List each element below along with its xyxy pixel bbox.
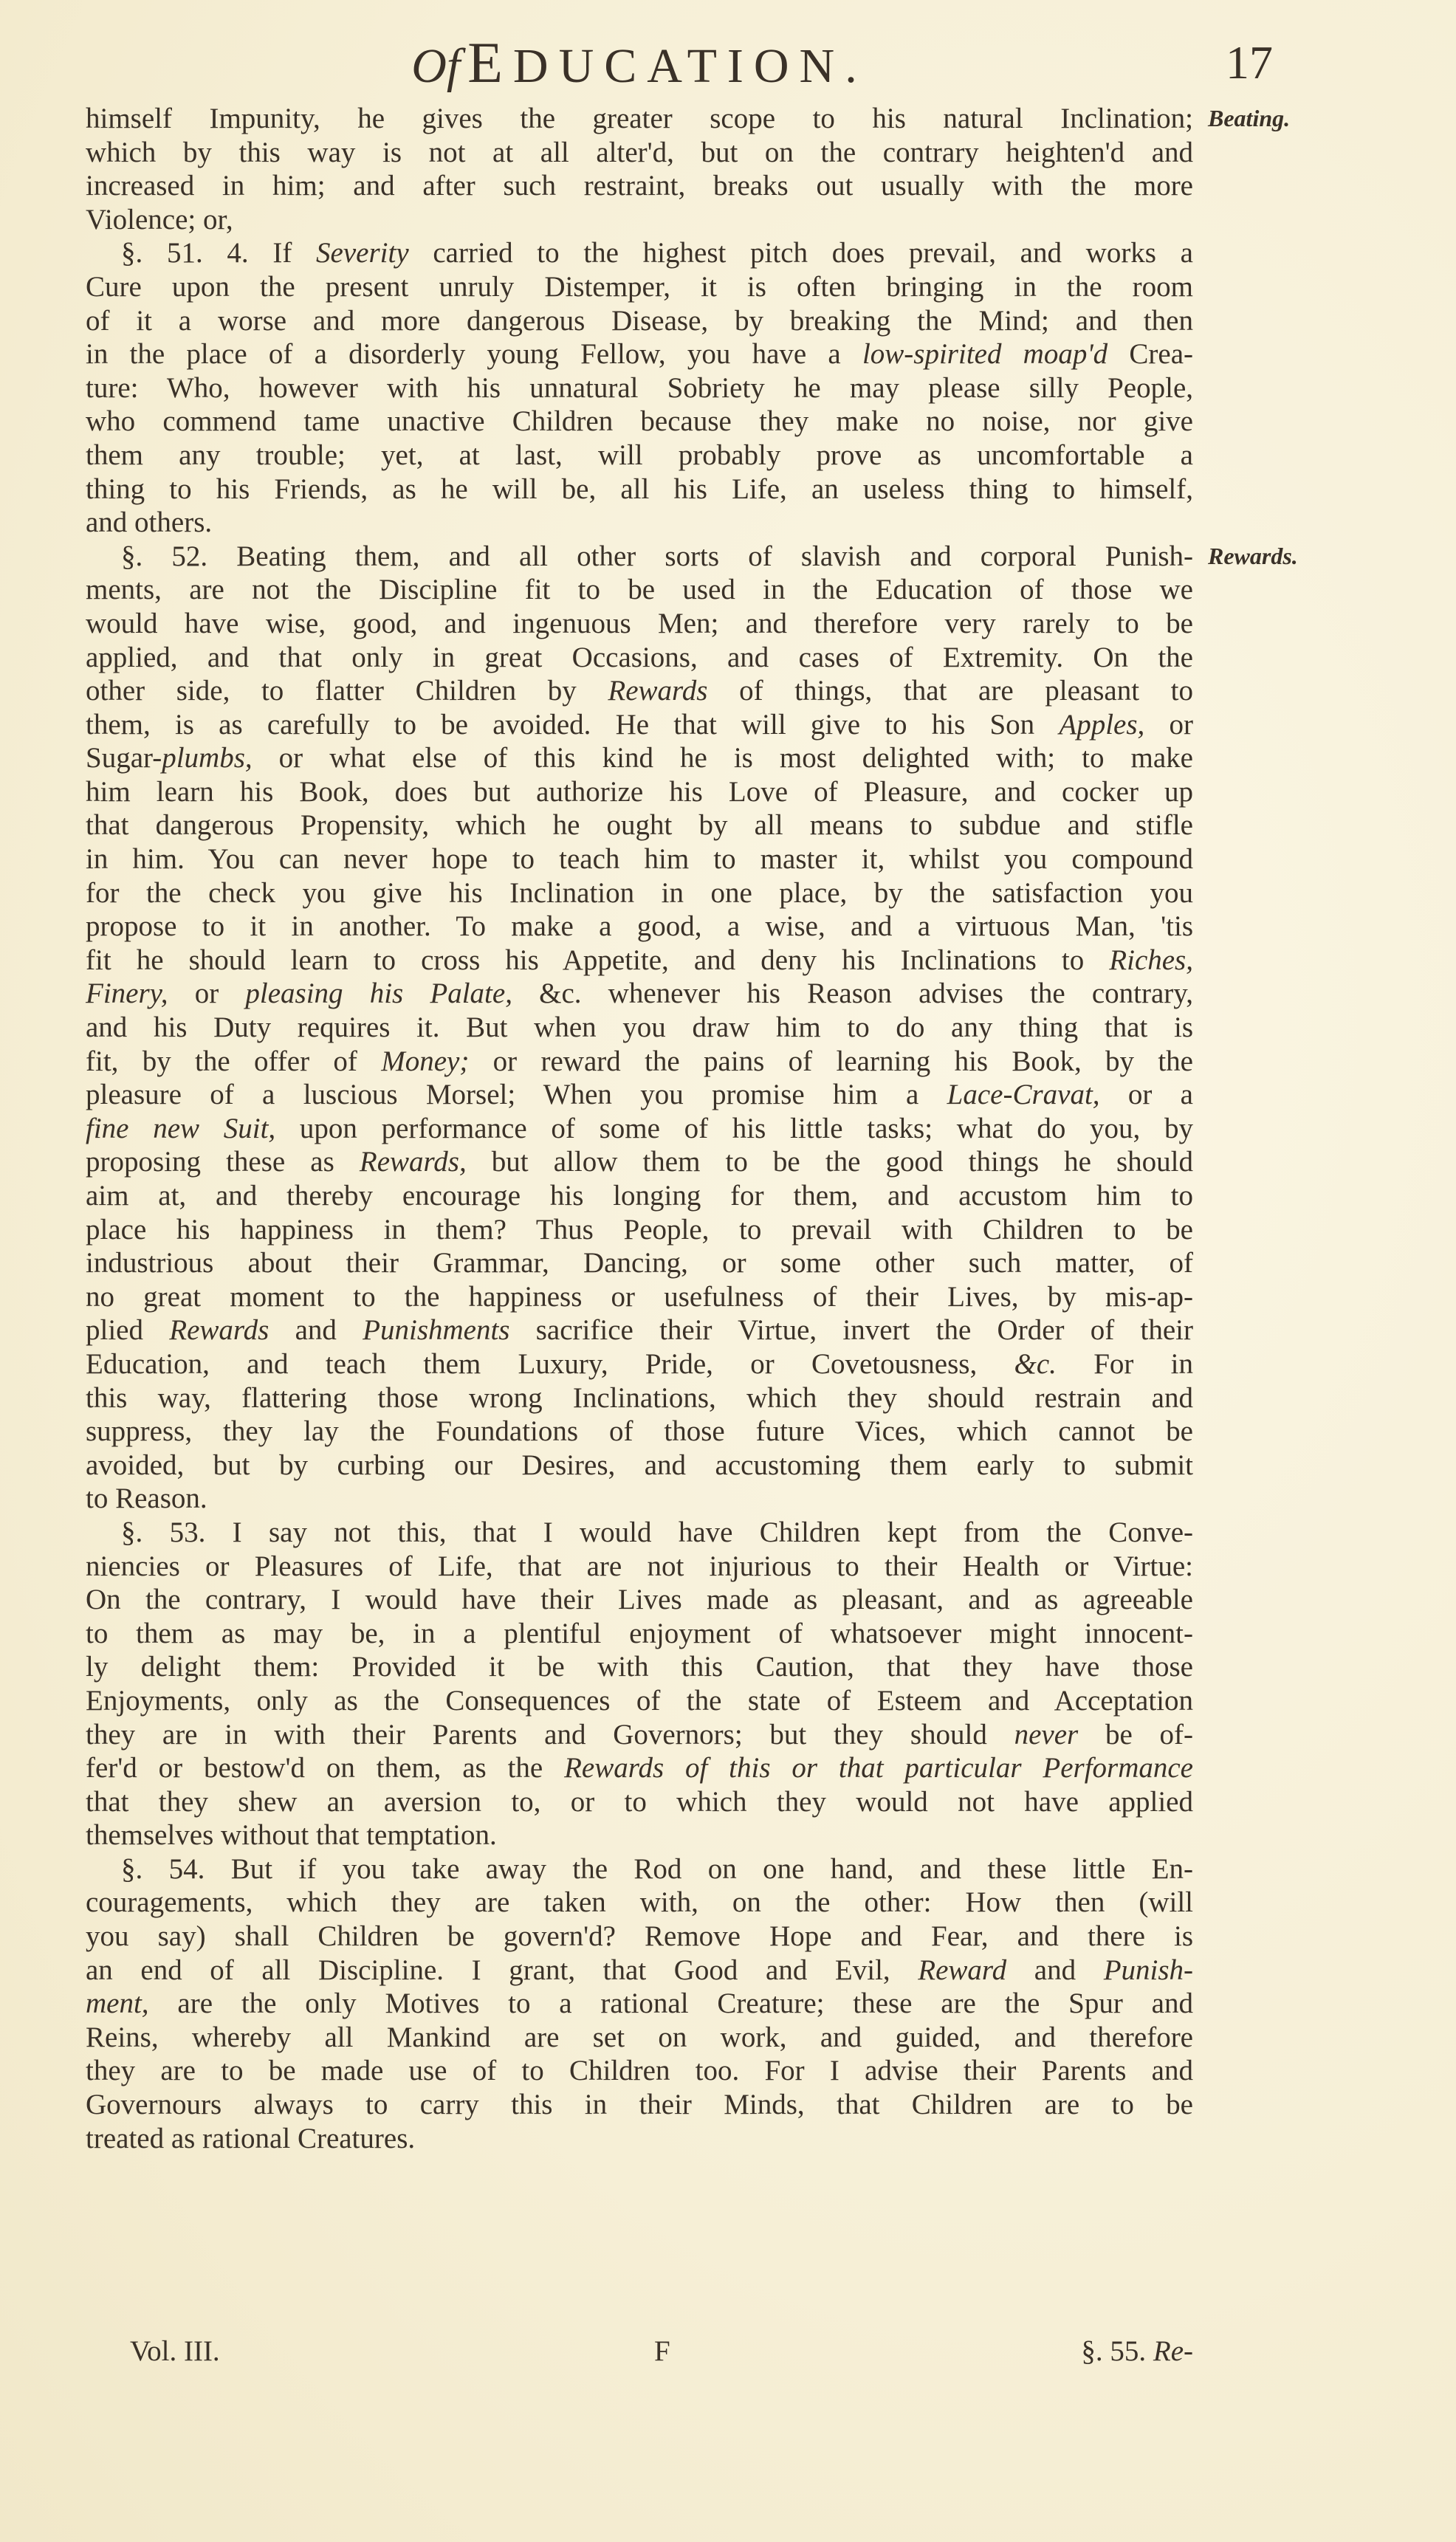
italic-run: Punishments xyxy=(363,1314,509,1346)
italic-run: Severity xyxy=(316,237,409,269)
text-line: propose to it in another. To make a good… xyxy=(86,910,1193,944)
text-line: increased in him; and after such restrai… xyxy=(86,169,1193,203)
text-line: to them as may be, in a plentiful enjoym… xyxy=(86,1617,1193,1651)
text-run: that they shew an aversion to, or to whi… xyxy=(86,1786,1193,1818)
catchword: §. 55. Re- xyxy=(1081,2333,1193,2370)
italic-run: Riches, xyxy=(1109,944,1193,976)
italic-run: Rewards, xyxy=(360,1146,467,1178)
text-line: no great moment to the happiness or usef… xyxy=(86,1280,1193,1314)
text-line: §. 53. I say not this, that I would have… xyxy=(86,1516,1193,1550)
italic-run: &c. xyxy=(1014,1348,1057,1380)
text-run: fit he should learn to cross his Appetit… xyxy=(86,944,1109,976)
text-run: fit, by the offer of xyxy=(86,1045,381,1077)
italic-run: Rewards xyxy=(169,1314,269,1346)
text-line: pleasure of a luscious Morsel; When you … xyxy=(86,1078,1193,1112)
running-title-rest: DUCATION. xyxy=(513,39,868,93)
text-line: that they shew an aversion to, or to whi… xyxy=(86,1785,1193,1819)
text-line: that dangerous Propensity, which he ough… xyxy=(86,808,1193,842)
text-line: Reins, whereby all Mankind are set on wo… xyxy=(86,2021,1193,2055)
text-run: Reins, whereby all Mankind are set on wo… xyxy=(86,2021,1193,2053)
text-line: On the contrary, I would have their Live… xyxy=(86,1583,1193,1617)
text-run: Cure upon the present unruly Distemper, … xyxy=(86,271,1193,303)
text-line: Finery, or pleasing his Palate, &c. when… xyxy=(86,977,1193,1011)
text-run: for the check you give his Inclination i… xyxy=(86,877,1193,909)
italic-run: Rewards of this or that particular Perfo… xyxy=(564,1752,1193,1784)
text-line: Education, and teach them Luxury, Pride,… xyxy=(86,1347,1193,1381)
text-run: For in xyxy=(1057,1348,1193,1380)
volume-label: Vol. III. xyxy=(130,2333,220,2370)
text-line: for the check you give his Inclination i… xyxy=(86,876,1193,910)
text-line: they are in with their Parents and Gover… xyxy=(86,1718,1193,1752)
text-run: them, is as carefully to be avoided. He … xyxy=(86,709,1059,741)
text-run: Enjoyments, only as the Consequences of … xyxy=(86,1685,1193,1717)
text-run: they are in with their Parents and Gover… xyxy=(86,1719,1014,1751)
text-run: would have wise, good, and ingenuous Men… xyxy=(86,608,1193,639)
text-line: ture: Who, however with his unnatural So… xyxy=(86,371,1193,405)
text-line: thing to his Friends, as he will be, all… xyxy=(86,473,1193,506)
text-run: carried to the highest pitch does prevai… xyxy=(409,237,1193,269)
text-line: applied, and that only in great Occasion… xyxy=(86,641,1193,675)
text-run: Violence; or, xyxy=(86,204,233,236)
text-run: upon performance of some of his little t… xyxy=(275,1113,1193,1144)
text-run: niencies or Pleasures of Life, that are … xyxy=(86,1550,1193,1582)
text-run: §. 52. Beating them, and all other sorts… xyxy=(121,540,1193,572)
italic-run: ment, xyxy=(86,1988,149,2019)
text-run: who commend tame unactive Children becau… xyxy=(86,405,1193,437)
text-run: sacrifice their Virtue, invert the Order… xyxy=(509,1314,1193,1346)
text-line: place his happiness in them? Thus People… xyxy=(86,1213,1193,1247)
text-run: thing to his Friends, as he will be, all… xyxy=(86,473,1193,505)
text-line: in him. You can never hope to teach him … xyxy=(86,842,1193,876)
text-line: suppress, they lay the Foundations of th… xyxy=(86,1415,1193,1449)
italic-run: Reward xyxy=(918,1954,1006,1986)
text-line: couragements, which they are taken with,… xyxy=(86,1886,1193,1920)
text-run: an end of all Discipline. I grant, that … xyxy=(86,1954,918,1986)
text-line: §. 52. Beating them, and all other sorts… xyxy=(86,540,1193,574)
text-line: of it a worse and more dangerous Disease… xyxy=(86,304,1193,338)
text-run: of it a worse and more dangerous Disease… xyxy=(86,305,1193,337)
text-line: niencies or Pleasures of Life, that are … xyxy=(86,1550,1193,1584)
text-run: no great moment to the happiness or usef… xyxy=(86,1281,1193,1313)
catchword-word: Re- xyxy=(1153,2335,1193,2367)
text-run: ly delight them: Provided it be with thi… xyxy=(86,1651,1193,1683)
text-line: they are to be made use of to Children t… xyxy=(86,2054,1193,2088)
text-run: which by this way is not at all alter'd,… xyxy=(86,137,1193,168)
text-line: ment, are the only Motives to a rational… xyxy=(86,1987,1193,2021)
text-run: proposing these as xyxy=(86,1146,360,1178)
text-run: pleasure of a luscious Morsel; When you … xyxy=(86,1079,947,1110)
text-line: Sugar-plumbs, or what else of this kind … xyxy=(86,741,1193,775)
italic-run: Punish- xyxy=(1104,1954,1193,1986)
text-line: §. 54. But if you take away the Rod on o… xyxy=(86,1852,1193,1886)
text-line: Violence; or, xyxy=(86,203,1193,237)
text-run: and others. xyxy=(86,506,212,538)
text-run: himself Impunity, he gives the greater s… xyxy=(86,103,1193,134)
text-run: couragements, which they are taken with,… xyxy=(86,1886,1193,1918)
italic-run: Lace-Cravat, xyxy=(947,1079,1100,1110)
text-run: themselves without that temptation. xyxy=(86,1819,497,1851)
text-run: him learn his Book, does but authorize h… xyxy=(86,776,1193,808)
text-line: ments, are not the Discipline fit to be … xyxy=(86,573,1193,607)
text-run: On the contrary, I would have their Live… xyxy=(86,1584,1193,1615)
text-run: §. 54. But if you take away the Rod on o… xyxy=(121,1853,1193,1885)
text-line: Cure upon the present unruly Distemper, … xyxy=(86,270,1193,304)
running-title: OfEDUCATION. xyxy=(86,30,1193,100)
text-line: ly delight them: Provided it be with thi… xyxy=(86,1650,1193,1684)
text-line: proposing these as Rewards, but allow th… xyxy=(86,1145,1193,1179)
text-line: fine new Suit, upon performance of some … xyxy=(86,1112,1193,1146)
text-line: Governours always to carry this in their… xyxy=(86,2088,1193,2122)
catchword-section: §. 55. xyxy=(1081,2335,1146,2367)
text-line: other side, to flatter Children by Rewar… xyxy=(86,674,1193,708)
text-line: himself Impunity, he gives the greater s… xyxy=(86,102,1193,136)
text-line: treated as rational Creatures. xyxy=(86,2122,1193,2156)
text-run: Sugar- xyxy=(86,742,162,774)
text-run: &c. whenever his Reason advises the cont… xyxy=(512,978,1193,1009)
text-run: or xyxy=(168,978,246,1009)
italic-run: Rewards xyxy=(608,675,707,707)
italic-run: Finery, xyxy=(86,978,168,1009)
margin-note: Rewards. xyxy=(1208,540,1298,574)
signature-mark: F xyxy=(654,2333,670,2370)
text-run: suppress, they lay the Foundations of th… xyxy=(86,1415,1193,1447)
text-run: they are to be made use of to Children t… xyxy=(86,2055,1193,2086)
text-run: to Reason. xyxy=(86,1483,207,1514)
text-line: themselves without that temptation. xyxy=(86,1818,1193,1852)
text-run: ments, are not the Discipline fit to be … xyxy=(86,574,1193,605)
text-run: this way, flattering those wrong Inclina… xyxy=(86,1382,1193,1414)
text-run: treated as rational Creatures. xyxy=(86,2123,415,2154)
text-line: aim at, and thereby encourage his longin… xyxy=(86,1179,1193,1213)
running-title-initial: E xyxy=(467,30,513,95)
text-line: fer'd or bestow'd on them, as the Reward… xyxy=(86,1751,1193,1785)
text-run: and xyxy=(1006,1954,1104,1986)
text-run: or xyxy=(1144,709,1193,741)
text-run: or a xyxy=(1100,1079,1193,1110)
italic-run: Apples, xyxy=(1059,709,1144,741)
text-run: that dangerous Propensity, which he ough… xyxy=(86,809,1193,841)
text-line: to Reason. xyxy=(86,1482,1193,1516)
text-run: plied xyxy=(86,1314,169,1346)
text-line: fit he should learn to cross his Appetit… xyxy=(86,944,1193,978)
text-line: them any trouble; yet, at last, will pro… xyxy=(86,439,1193,473)
text-run: in him. You can never hope to teach him … xyxy=(86,843,1193,875)
text-run: §. 53. I say not this, that I would have… xyxy=(121,1516,1193,1548)
text-run: aim at, and thereby encourage his longin… xyxy=(86,1180,1193,1212)
text-line: would have wise, good, and ingenuous Men… xyxy=(86,607,1193,641)
text-run: avoided, but by curbing our Desires, and… xyxy=(86,1449,1193,1481)
text-run: Education, and teach them Luxury, Pride,… xyxy=(86,1348,1014,1380)
italic-run: never xyxy=(1014,1719,1079,1751)
book-page: OfEDUCATION. 17 himself Impunity, he giv… xyxy=(0,0,1456,2542)
text-run: are the only Motives to a rational Creat… xyxy=(149,1988,1193,2019)
text-line: §. 51. 4. If Severity carried to the hig… xyxy=(86,236,1193,270)
page-header: OfEDUCATION. xyxy=(86,30,1193,96)
text-run: to them as may be, in a plentiful enjoym… xyxy=(86,1618,1193,1649)
text-line: and his Duty requires it. But when you d… xyxy=(86,1011,1193,1045)
text-line: an end of all Discipline. I grant, that … xyxy=(86,1954,1193,1988)
text-run: fer'd or bestow'd on them, as the xyxy=(86,1752,564,1784)
text-run: in the place of a disorderly young Fello… xyxy=(86,338,862,370)
text-line: who commend tame unactive Children becau… xyxy=(86,405,1193,439)
text-run: or what else of this kind he is most del… xyxy=(253,742,1193,774)
page-number: 17 xyxy=(1226,30,1273,96)
text-line: industrious about their Grammar, Dancing… xyxy=(86,1246,1193,1280)
text-run: increased in him; and after such restrai… xyxy=(86,170,1193,202)
text-line: in the place of a disorderly young Fello… xyxy=(86,337,1193,371)
text-line: and others. xyxy=(86,506,1193,540)
text-run: Crea- xyxy=(1108,338,1193,370)
page-footer: Vol. III. F §. 55. Re- xyxy=(86,2333,1193,2370)
italic-run: plumbs, xyxy=(162,742,252,774)
text-line: plied Rewards and Punishments sacrifice … xyxy=(86,1313,1193,1347)
italic-run: low-spirited moap'd xyxy=(862,338,1108,370)
text-line: you say) shall Children be govern'd? Rem… xyxy=(86,1920,1193,1954)
text-line: them, is as carefully to be avoided. He … xyxy=(86,708,1193,742)
text-run: be of- xyxy=(1078,1719,1193,1751)
text-run: them any trouble; yet, at last, will pro… xyxy=(86,439,1193,471)
italic-run: Money; xyxy=(381,1045,469,1077)
text-line: avoided, but by curbing our Desires, and… xyxy=(86,1449,1193,1483)
text-line: fit, by the offer of Money; or reward th… xyxy=(86,1045,1193,1079)
text-run: place his happiness in them? Thus People… xyxy=(86,1214,1193,1246)
italic-run: fine new Suit, xyxy=(86,1113,275,1144)
text-run: ture: Who, however with his unnatural So… xyxy=(86,372,1193,404)
text-run: but allow them to be the good things he … xyxy=(467,1146,1193,1178)
text-run: and xyxy=(269,1314,363,1346)
text-run: Governours always to carry this in their… xyxy=(86,2089,1193,2120)
text-run: applied, and that only in great Occasion… xyxy=(86,642,1193,673)
text-line: which by this way is not at all alter'd,… xyxy=(86,136,1193,170)
text-run: §. 51. 4. If xyxy=(121,237,316,269)
text-run: or reward the pains of learning his Book… xyxy=(469,1045,1193,1077)
text-line: Enjoyments, only as the Consequences of … xyxy=(86,1684,1193,1718)
text-run: and his Duty requires it. But when you d… xyxy=(86,1011,1193,1043)
body-text: himself Impunity, he gives the greater s… xyxy=(86,102,1193,2155)
text-run: you say) shall Children be govern'd? Rem… xyxy=(86,1920,1193,1952)
text-run: propose to it in another. To make a good… xyxy=(86,910,1193,942)
text-run: of things, that are pleasant to xyxy=(707,675,1193,707)
margin-note: Beating. xyxy=(1208,102,1290,136)
text-run: industrious about their Grammar, Dancing… xyxy=(86,1247,1193,1279)
text-line: this way, flattering those wrong Inclina… xyxy=(86,1381,1193,1415)
running-title-of: Of xyxy=(411,39,460,93)
italic-run: pleasing his Palate, xyxy=(245,978,512,1009)
text-line: him learn his Book, does but authorize h… xyxy=(86,775,1193,809)
text-run: other side, to flatter Children by xyxy=(86,675,608,707)
